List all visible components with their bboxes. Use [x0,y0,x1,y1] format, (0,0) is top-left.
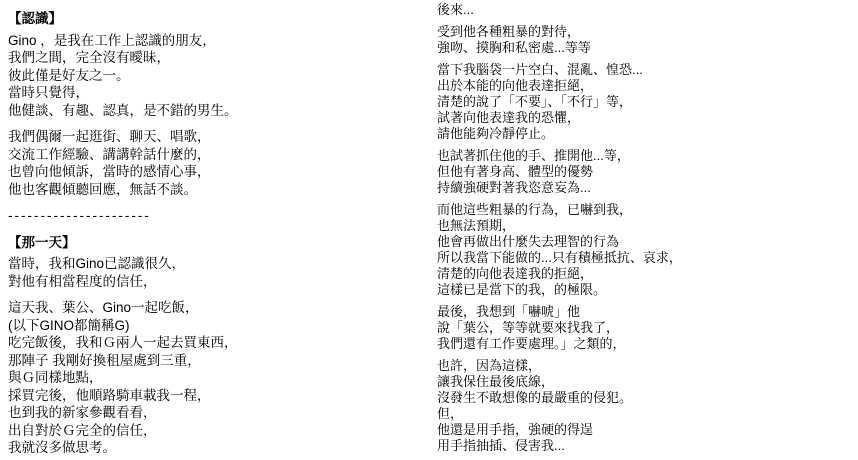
dashed-divider: ---------------------- [8,207,430,225]
paragraph-bluff: 最後，我想到「嚇唬」他 說「葉公，等等就要來找我了， 我們還有工作要處理。」之類… [437,304,855,352]
text-column-left: 【認識】 Gino ，是我在工作上認識的朋友， 我們之間，完全沒有曖昧， 彼此僅… [8,10,430,460]
paragraph-resistance: 也試著抓住他的手、推開他...等， 但他有著身高、體型的優勢 持續強硬對著我恣意… [437,148,855,196]
paragraph-rough-treatment: 受到他各種粗暴的對待， 強吻、摸胸和私密處...等等 [437,24,855,56]
paragraph-that-day-trust: 當時，我和Gino已認識很久， 對他有相當程度的信任， [8,255,430,290]
paragraph-refusal: 當下我腦袋一片空白、混亂、惶恐... 出於本能的向他表達拒絕， 清楚的說了「不要… [437,62,855,142]
paragraph-fear-and-limit: 而他這些粗暴的行為，已嚇到我， 也無法預期， 他會再做出什麼失去理智的行為 所以… [437,202,855,298]
section-heading-acquaintance: 【認識】 [8,10,430,28]
paragraph-acquaintance-activities: 我們偶爾一起逛街、聊天、唱歌， 交流工作經驗、講講幹話什麼的， 也曾向他傾訴，當… [8,128,430,198]
text-column-right: 後來... 受到他各種粗暴的對待， 強吻、摸胸和私密處...等等 當下我腦袋一片… [437,2,855,460]
paragraph-afterwards: 後來... [437,2,855,18]
section-heading-that-day: 【那一天】 [8,234,430,252]
paragraph-acquaintance-intro: Gino ，是我在工作上認識的朋友， 我們之間，完全沒有曖昧， 彼此僅是好友之一… [8,32,430,120]
paragraph-that-day-events: 這天我、葉公、Gino一起吃飯， (以下GINO都簡稱G) 吃完飯後，我和Ｇ兩人… [8,299,430,457]
paragraph-outcome: 也許，因為這樣， 讓我保住最後底線， 沒發生不敢想像的最嚴重的侵犯。 但， 他還… [437,358,855,454]
